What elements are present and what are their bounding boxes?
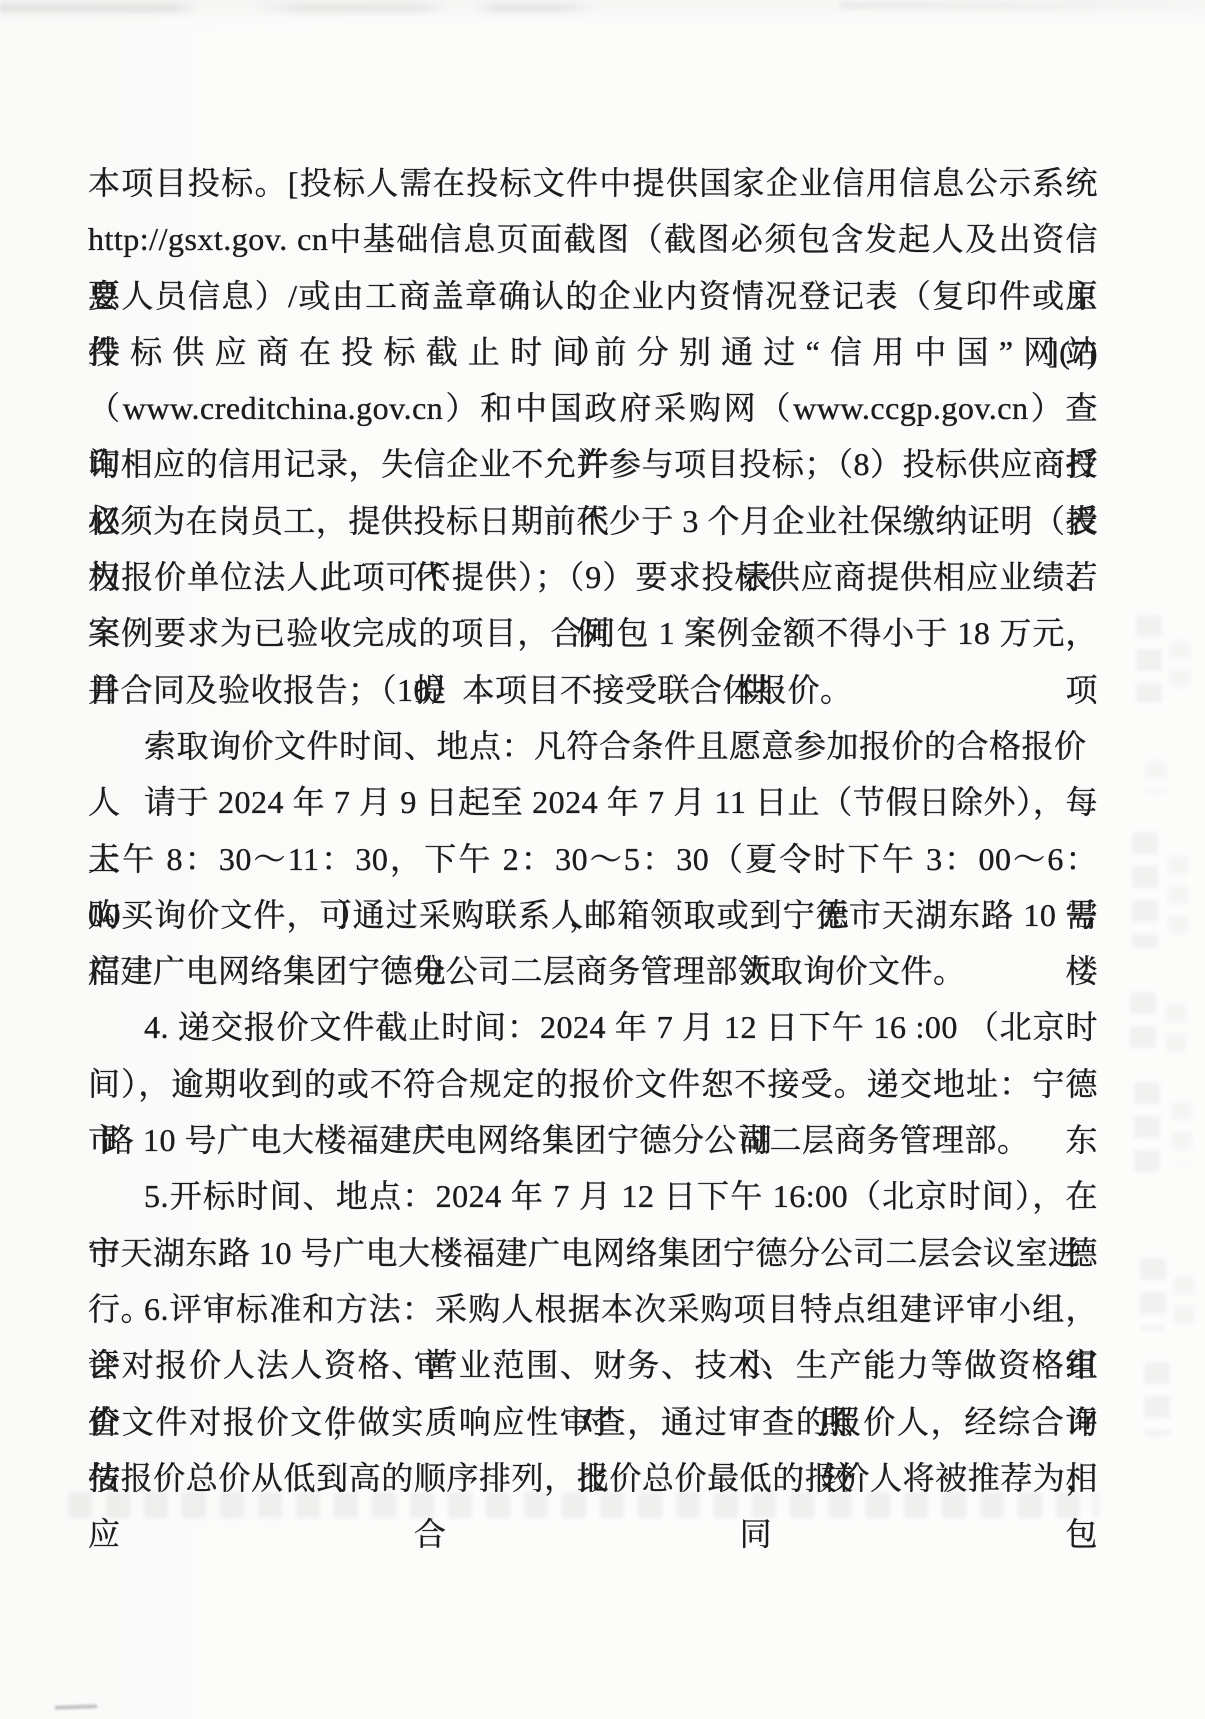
text-line: 为报价单位法人此项可不提供）；（9）要求投标供应商提供相应业绩、案例， xyxy=(88,549,1098,605)
text-line: 本项目投标。[投标人需在投标文件中提供国家企业信用信息公示系统 xyxy=(88,155,1098,211)
text-line: 请于 2024 年 7 月 9 日起至 2024 年 7 月 11 日止（节假日… xyxy=(88,774,1098,830)
text-line: 案例要求为已验收完成的项目，合同包 1 案例金额不得小于 18 万元，并提供项 xyxy=(88,605,1098,661)
text-line: 按报价总价从低到高的顺序排列，报价总价最低的报价人将被推荐为相应合同包 xyxy=(88,1450,1098,1506)
text-line: 要人员信息）/或由工商盖章确认的企业内资情况登记表（复印件或原件）](7) xyxy=(88,268,1098,324)
text-line: 市天湖东路 10 号广电大楼福建广电网络集团宁德分公司二层会议室进行。 xyxy=(88,1225,1098,1281)
text-line: http://gsxt.gov. cn中基础信息页面截图（截图必须包含发起人及出… xyxy=(88,211,1098,267)
text-line: 上午 8：30～11：30，下午 2：30～5：30（夏令时下午 3：00～6：… xyxy=(88,831,1098,887)
document-text-block: 本项目投标。[投标人需在投标文件中提供国家企业信用信息公示系统http://gs… xyxy=(88,155,1098,1506)
text-line: 间），逾期收到的或不符合规定的报价文件恕不接受。递交地址：宁德市天湖东 xyxy=(88,1056,1098,1112)
text-line: 4. 递交报价文件截止时间：2024 年 7 月 12 日下午 16 :00 （… xyxy=(88,999,1098,1055)
text-line: 必须为在岗员工，提供投标日期前不少于 3 个月企业社保缴纳证明（授权代表若 xyxy=(88,493,1098,549)
document-page: { "document": { "lines": [ {"text": "本项目… xyxy=(0,0,1205,1719)
text-line: 6.评审标准和方法：采购人根据本次采购项目特点组建评审小组，评审小组 xyxy=(88,1281,1098,1337)
text-line: 会对报价人法人资格、营业范围、财务、技术、生产能力等做资格审查，对照询 xyxy=(88,1337,1098,1393)
text-line: 投标供应商在投标截止时间前分别通过“信用中国”网站 xyxy=(88,324,1098,380)
text-line: 福建广电网络集团宁德分公司二层商务管理部领取询价文件。 xyxy=(88,943,1098,999)
text-line: 索取询价文件时间、地点：凡符合条件且愿意参加报价的合格报价人 xyxy=(88,718,1098,774)
text-line: 购买询价文件，可通过采购联系人邮箱领取或到宁德市天湖东路 10 号广电大楼 xyxy=(88,887,1098,943)
text-line: 价文件对报价文件做实质响应性审查，通过审查的报价人，经综合评估、比较， xyxy=(88,1394,1098,1450)
text-line: 路 10 号广电大楼福建广电网络集团宁德分公司二层商务管理部。 xyxy=(88,1112,1098,1168)
text-line: 5.开标时间、地点：2024 年 7 月 12 日下午 16:00（北京时间），… xyxy=(88,1168,1098,1224)
text-line: 印相应的信用记录，失信企业不允许参与项目投标；（8）投标供应商授权代表 xyxy=(88,436,1098,492)
text-line: （www.creditchina.gov.cn）和中国政府采购网（www.ccg… xyxy=(88,380,1098,436)
